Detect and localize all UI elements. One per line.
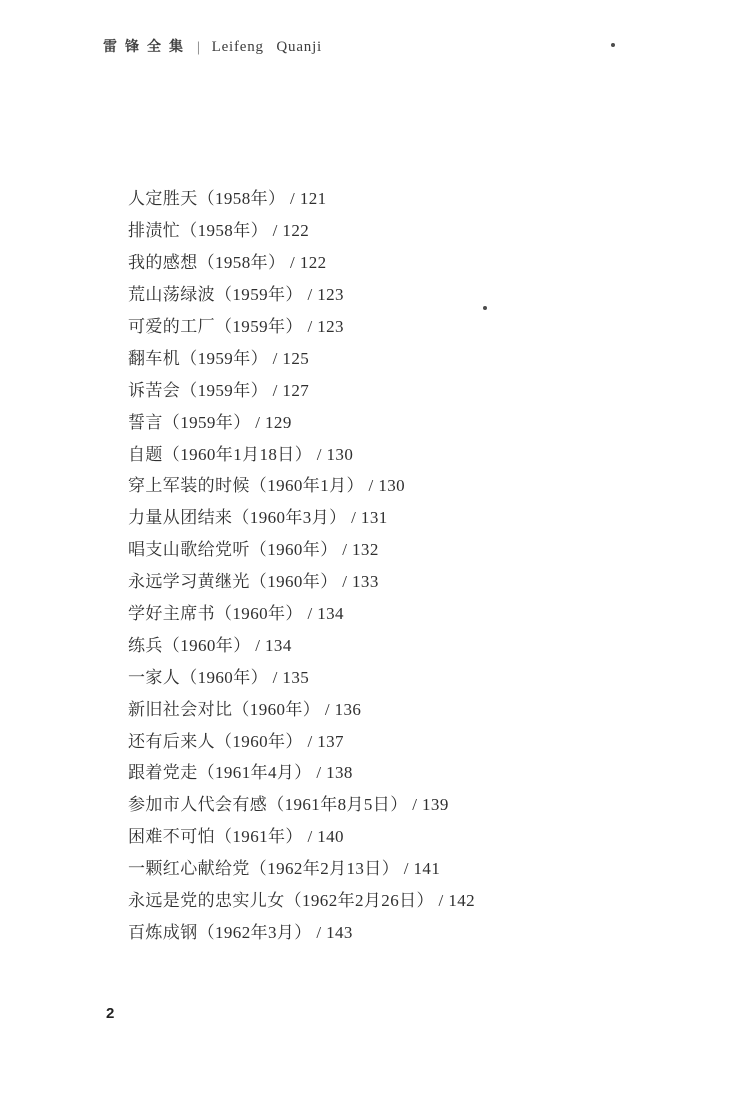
- header-separator: |: [197, 38, 200, 56]
- toc-entry: 我的感想（1958年） / 122: [128, 245, 648, 277]
- toc-list: 人定胜天（1958年） / 121排渍忙（1958年） / 122我的感想（19…: [128, 181, 648, 946]
- toc-entry: 自题（1960年1月18日） / 130: [128, 436, 648, 468]
- page-number: 2: [106, 1005, 114, 1022]
- toc-entry: 困难不可怕（1961年） / 140: [128, 819, 648, 851]
- scan-speck: [611, 43, 615, 47]
- toc-entry: 荒山荡绿波（1959年） / 123: [128, 277, 648, 309]
- toc-entry: 唱支山歌给党听（1960年） / 132: [128, 532, 648, 564]
- toc-entry: 参加市人代会有感（1961年8月5日） / 139: [128, 787, 648, 819]
- book-title-pinyin: Leifeng Quanji: [212, 39, 322, 56]
- toc-entry: 誓言（1959年） / 129: [128, 404, 648, 436]
- toc-entry: 力量从团结来（1960年3月） / 131: [128, 500, 648, 532]
- toc-entry: 练兵（1960年） / 134: [128, 627, 648, 659]
- toc-entry: 排渍忙（1958年） / 122: [128, 213, 648, 245]
- book-title-chinese: 雷锋全集: [103, 36, 191, 56]
- toc-entry: 跟着党走（1961年4月） / 138: [128, 755, 648, 787]
- toc-entry: 永远学习黄继光（1960年） / 133: [128, 564, 648, 596]
- book-page: 雷锋全集 | Leifeng Quanji 人定胜天（1958年） / 121排…: [0, 0, 750, 1112]
- scan-speck: [483, 306, 487, 310]
- toc-entry: 可爱的工厂（1959年） / 123: [128, 309, 648, 341]
- running-header: 雷锋全集 | Leifeng Quanji: [103, 36, 322, 56]
- toc-entry: 穿上军装的时候（1960年1月） / 130: [128, 468, 648, 500]
- toc-entry: 百炼成钢（1962年3月） / 143: [128, 914, 648, 946]
- toc-entry: 还有后来人（1960年） / 137: [128, 723, 648, 755]
- toc-entry: 诉苦会（1959年） / 127: [128, 372, 648, 404]
- toc-entry: 一家人（1960年） / 135: [128, 659, 648, 691]
- toc-entry: 一颗红心献给党（1962年2月13日） / 141: [128, 851, 648, 883]
- toc-entry: 翻车机（1959年） / 125: [128, 340, 648, 372]
- toc-entry: 学好主席书（1960年） / 134: [128, 596, 648, 628]
- toc-entry: 永远是党的忠实儿女（1962年2月26日） / 142: [128, 883, 648, 915]
- toc-entry: 人定胜天（1958年） / 121: [128, 181, 648, 213]
- toc-entry: 新旧社会对比（1960年） / 136: [128, 691, 648, 723]
